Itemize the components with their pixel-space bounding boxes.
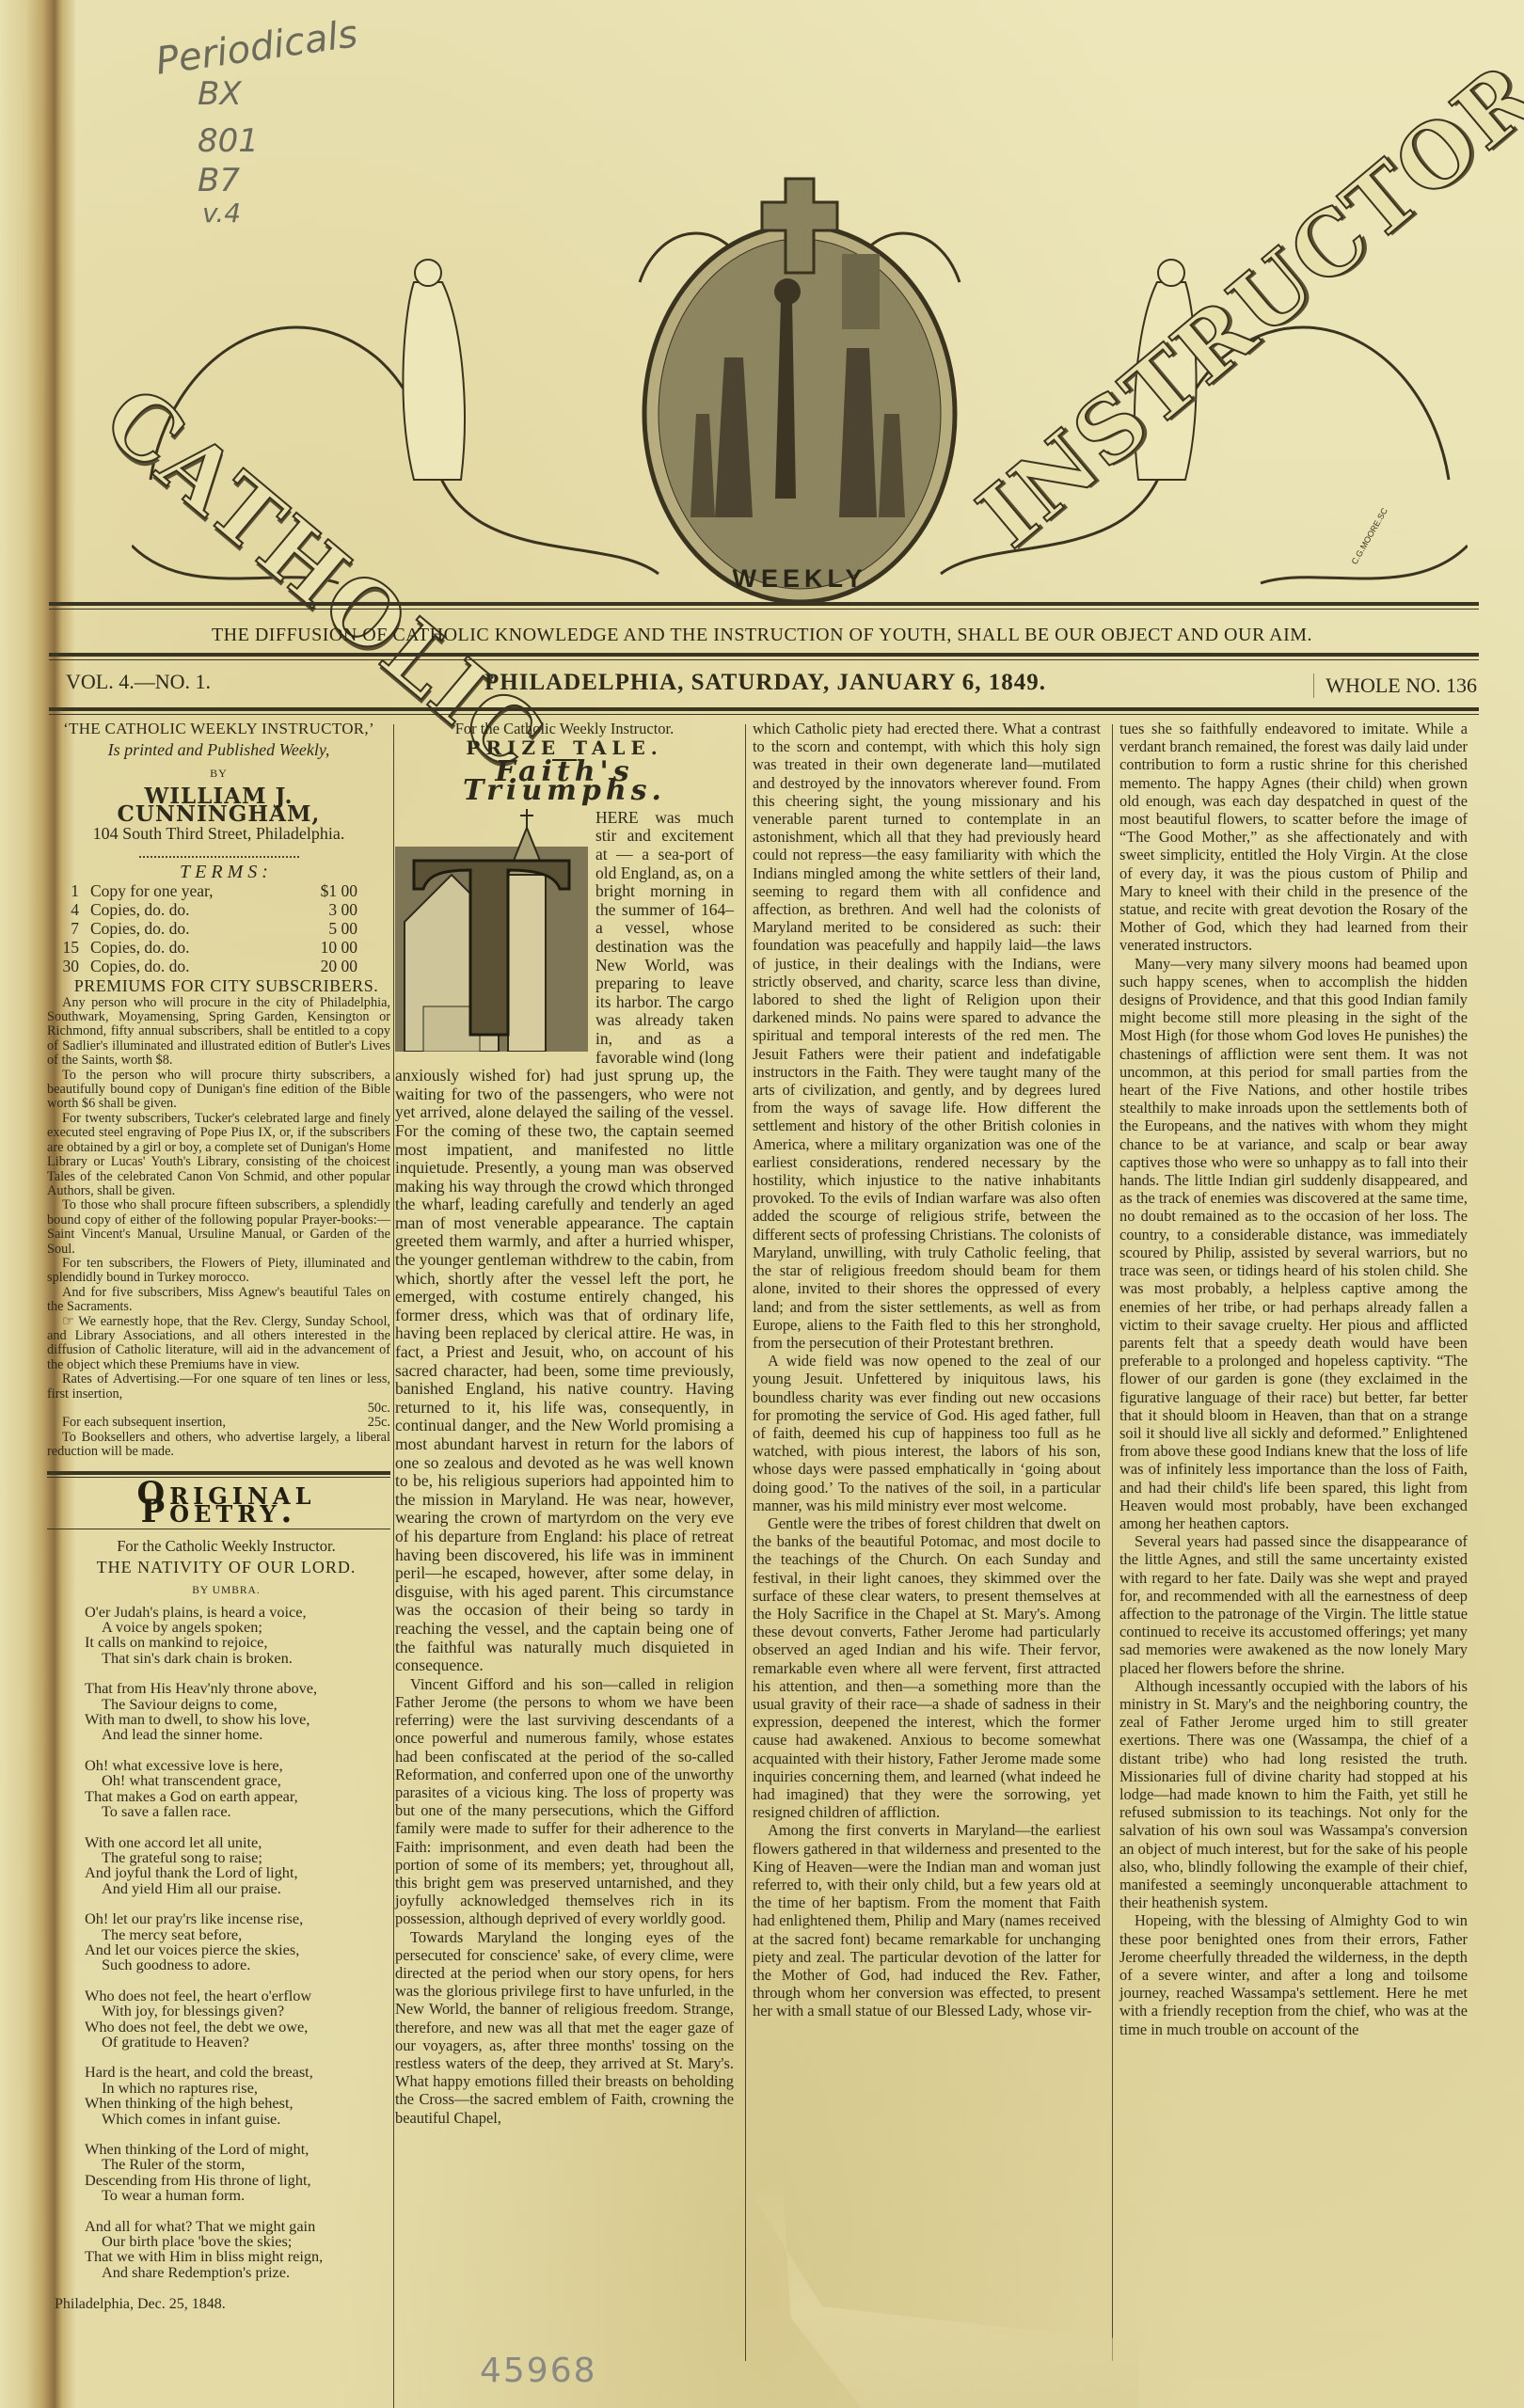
rates-first-price: 50c. xyxy=(353,1402,390,1416)
premium-paragraph: To the person who will procure thirty su… xyxy=(47,1069,390,1112)
terms-row: 30Copies, do. do.20 00 xyxy=(56,957,357,975)
tale-title: Faith's Triumphs. xyxy=(395,763,734,799)
rates-first-row: 50c. xyxy=(47,1402,390,1416)
terms-qty: 15 xyxy=(56,938,90,957)
column-tale-continued-2: tues she so faithfully endeavored to imi… xyxy=(1119,720,1468,2038)
terms-label: Copies, do. do. xyxy=(90,938,295,957)
poem-stanza: Oh! what excessive love is here,Oh! what… xyxy=(85,1758,390,1820)
premium-paragraph: For twenty subscribers, Tucker's celebra… xyxy=(47,1112,390,1198)
premium-paragraph: To those who shall procure fifteen subsc… xyxy=(47,1198,390,1257)
rates-subsequent-row: For each subsequent insertion,25c. xyxy=(47,1416,390,1430)
terms-price: 20 00 xyxy=(295,957,357,975)
premium-paragraph: Any person who will procure in the city … xyxy=(47,996,390,1069)
publisher-address: 104 South Third Street, Philadelphia. xyxy=(47,825,390,843)
poem-body: O'er Judah's plains, is heard a voice,A … xyxy=(47,1605,390,2281)
poem-stanza: Who does not feel, the heart o'erflowWit… xyxy=(85,1988,390,2051)
terms-label: Copies, do. do. xyxy=(90,919,295,938)
poem-stanza: Hard is the heart, and cold the breast,I… xyxy=(85,2065,390,2127)
terms-qty: 4 xyxy=(56,900,90,919)
tale-paragraph: Hopeing, with the blessing of Almighty G… xyxy=(1119,1911,1468,2037)
poem-line: And yield Him all our praise. xyxy=(85,1881,390,1896)
premium-paragraph: And for five subscribers, Miss Agnew's b… xyxy=(47,1286,390,1315)
column-tale-continued: which Catholic piety had erected there. … xyxy=(753,720,1101,2020)
accession-stamp: 45968 xyxy=(480,2352,597,2390)
torn-paper-area xyxy=(743,2182,1138,2408)
poem-title: THE NATIVITY OF OUR LORD. xyxy=(47,1559,390,1576)
terms-row: 7Copies, do. do.5 00 xyxy=(56,919,357,938)
column-rule xyxy=(393,724,394,2408)
column-publisher-poetry: ‘THE CATHOLIC WEEKLY INSTRUCTOR,’ Is pri… xyxy=(47,720,390,2313)
premium-paragraph: ☞ We earnestly hope, that the Rev. Clerg… xyxy=(47,1315,390,1373)
poem-credit: For the Catholic Weekly Instructor. xyxy=(47,1537,390,1555)
premium-paragraph: For ten subscribers, the Flowers of Piet… xyxy=(47,1257,390,1286)
terms-table: 1Copy for one year,$1 00 4Copies, do. do… xyxy=(56,881,357,975)
terms-price: $1 00 xyxy=(295,881,357,900)
tale-paragraph: Towards Maryland the longing eyes of the… xyxy=(395,1928,734,2127)
column-rule xyxy=(745,724,746,2361)
place-date: PHILADELPHIA, SATURDAY, JANUARY 6, 1849. xyxy=(484,670,1046,696)
terms-label: Copy for one year, xyxy=(90,881,295,900)
divider xyxy=(49,707,1479,715)
column-prize-tale: For the Catholic Weekly Instructor. PRIZ… xyxy=(395,720,734,2127)
masthead-weekly: WEEKLY xyxy=(132,564,1468,594)
poem-author: BY UMBRA. xyxy=(47,1582,390,1600)
column-rule xyxy=(1112,724,1113,2361)
poem-stanza: With one accord let all unite,The gratef… xyxy=(85,1835,390,1897)
printed-line: Is printed and Published Weekly, xyxy=(47,741,390,759)
tale-paragraph: Gentle were the tribes of forest childre… xyxy=(753,1514,1101,1821)
terms-qty: 1 xyxy=(56,881,90,900)
tale-paragraph: Several years had passed since the disap… xyxy=(1119,1532,1468,1677)
church-dropcap-icon xyxy=(395,809,588,1052)
poem-line: And lead the sinner home. xyxy=(85,1727,390,1742)
terms-qty: 7 xyxy=(56,919,90,938)
poem-line: To wear a human form. xyxy=(85,2188,390,2203)
terms-price: 10 00 xyxy=(295,938,357,957)
tale-paragraph: Vincent Gifford and his son—called in re… xyxy=(395,1675,734,1928)
terms-qty: 30 xyxy=(56,957,90,975)
rates-intro: Rates of Advertising.—For one square of … xyxy=(47,1371,390,1401)
poem-line: Which comes in infant guise. xyxy=(85,2112,390,2127)
poem-stanza: That from His Heav'nly throne above,The … xyxy=(85,1681,390,1743)
poem-stanza: And all for what? That we might gainOur … xyxy=(85,2219,390,2281)
tale-paragraph: which Catholic piety had erected there. … xyxy=(753,720,1101,1352)
terms-row: 1Copy for one year,$1 00 xyxy=(56,881,357,900)
publisher-name: WILLIAM J. CUNNINGHAM, xyxy=(47,787,390,823)
terms-row: 4Copies, do. do.3 00 xyxy=(56,900,357,919)
poem-stanza: O'er Judah's plains, is heard a voice,A … xyxy=(85,1605,390,1667)
motto: The Diffusion of Catholic Knowledge and … xyxy=(56,625,1468,646)
rates-subsequent-price: 25c. xyxy=(353,1416,390,1430)
handnote-line: BX xyxy=(198,75,242,113)
terms-label: Copies, do. do. xyxy=(90,900,295,919)
terms-price: 5 00 xyxy=(295,919,357,938)
poem-stanza: When thinking of the Lord of might,The R… xyxy=(85,2142,390,2204)
poem-line: And share Redemption's prize. xyxy=(85,2265,390,2280)
terms-price: 3 00 xyxy=(295,900,357,919)
poem-line: To save a fallen race. xyxy=(85,1804,390,1819)
divider xyxy=(49,602,1479,610)
illustrated-dropcap xyxy=(395,809,588,1052)
tale-paragraph: Although incessantly occupied with the l… xyxy=(1119,1677,1468,1912)
masthead: CATHOLIC INSTRUCTOR C.G.MOORE.SC WEEKLY xyxy=(132,169,1468,611)
rates-subsequent-label: For each subsequent insertion, xyxy=(47,1416,226,1430)
paper-name: ‘THE CATHOLIC WEEKLY INSTRUCTOR,’ xyxy=(47,720,390,737)
poem-line: Of gratitude to Heaven? xyxy=(85,2035,390,2050)
divider xyxy=(49,653,1479,660)
whole-number: WHOLE NO. 136 xyxy=(1313,673,1477,698)
poem-dateline: Philadelphia, Dec. 25, 1848. xyxy=(40,2295,390,2313)
rates-booksellers: To Booksellers and others, who advertise… xyxy=(47,1431,390,1460)
handnote-line: 801 xyxy=(198,122,259,160)
tale-paragraph: A wide field was now opened to the zeal … xyxy=(753,1352,1101,1514)
terms-title: TERMS: xyxy=(47,863,390,881)
tale-paragraph: Many—very many silvery moons had beamed … xyxy=(1119,955,1468,1533)
tale-credit: For the Catholic Weekly Instructor. xyxy=(395,720,734,737)
volume-number: VOL. 4.—NO. 1. xyxy=(66,670,211,694)
poetry-section-title: Original Poetry. xyxy=(47,1485,390,1521)
advertising-rates: Rates of Advertising.—For one square of … xyxy=(47,1372,390,1402)
poem-line: That sin's dark chain is broken. xyxy=(85,1651,390,1666)
by-label: BY xyxy=(47,765,390,783)
handnote-line: Periodicals xyxy=(153,12,360,84)
ornament-rule xyxy=(139,856,299,858)
poem-line: Such goodness to adore. xyxy=(85,1957,390,1972)
poem-stanza: Oh! let our pray'rs like incense rise,Th… xyxy=(85,1911,390,1973)
terms-row: 15Copies, do. do.10 00 xyxy=(56,938,357,957)
premiums-title: PREMIUMS FOR CITY SUBSCRIBERS. xyxy=(47,977,390,995)
tale-paragraph: tues she so faithfully endeavored to imi… xyxy=(1119,720,1468,955)
terms-label: Copies, do. do. xyxy=(90,957,295,975)
dateline: VOL. 4.—NO. 1. PHILADELPHIA, SATURDAY, J… xyxy=(56,670,1477,707)
tale-paragraph: Among the first converts in Maryland—the… xyxy=(753,1821,1101,2020)
